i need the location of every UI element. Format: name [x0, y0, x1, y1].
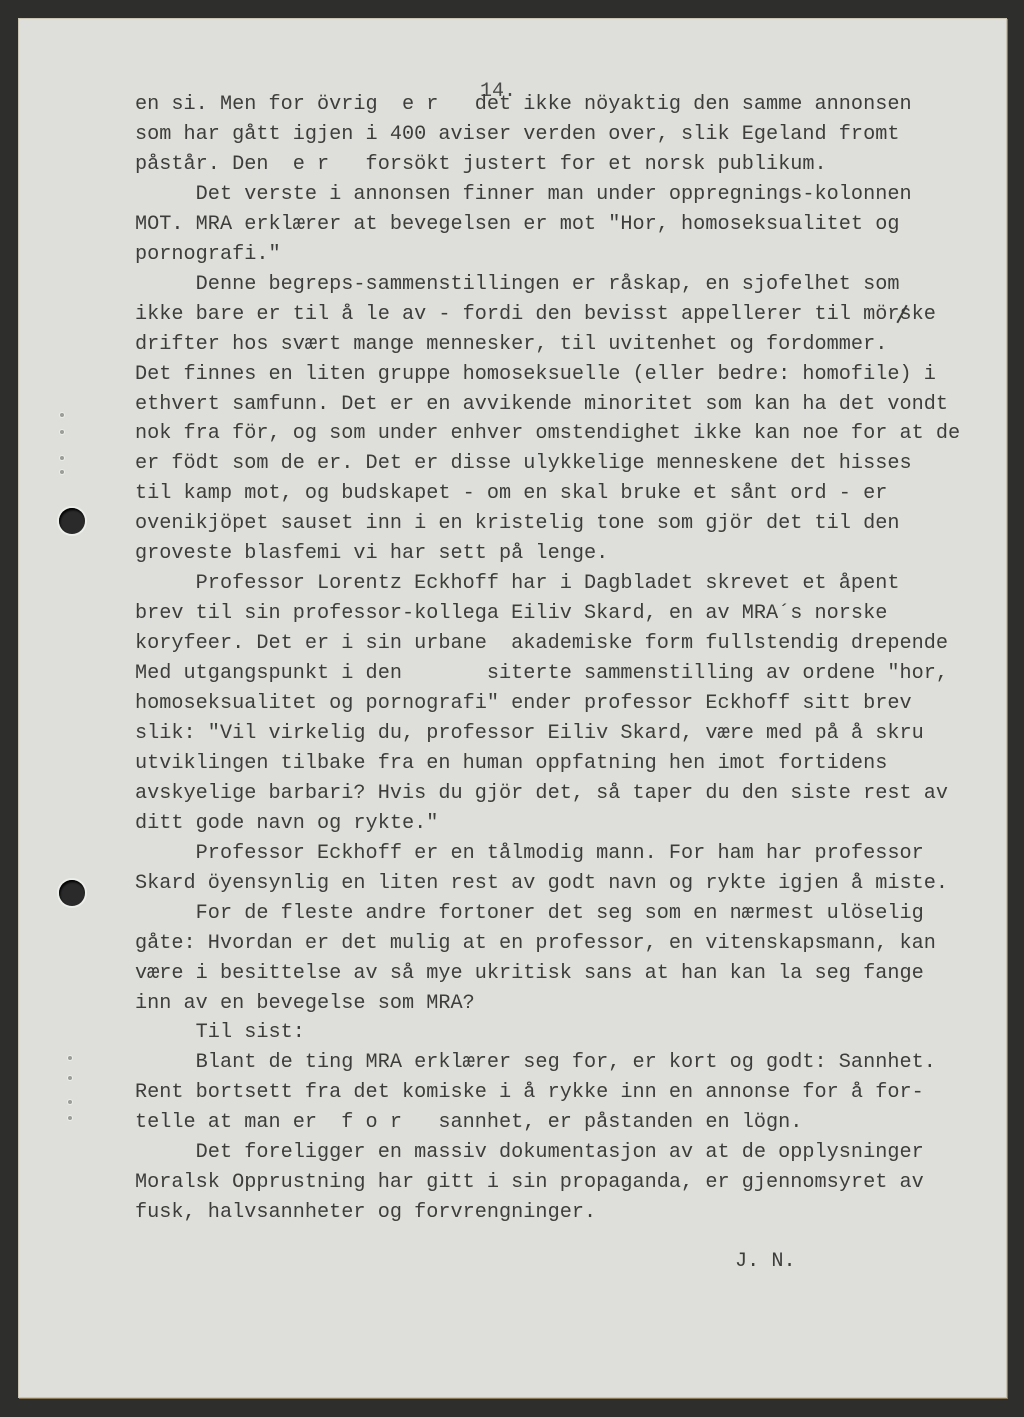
text-line: drifter hos svært mange mennesker, til u… [135, 333, 887, 357]
text-line: fusk, halvsannheter og forvrengninger. [135, 1201, 596, 1225]
text-line: en si. Men for övrig e r det ikke nöyakt… [135, 93, 912, 117]
text-line: gåte: Hvordan er det mulig at en profess… [135, 932, 936, 956]
staple-mark [68, 1076, 72, 1080]
text-line: Med utgangspunkt i den siterte sammensti… [135, 662, 948, 686]
staple-mark [60, 430, 64, 434]
text-line: utviklingen tilbake fra en human oppfatn… [135, 752, 887, 776]
text-line: Blant de ting MRA erklærer seg for, er k… [135, 1051, 936, 1075]
text-line: slik: "Vil virkelig du, professor Eiliv … [135, 722, 924, 746]
text-line: er födt som de er. Det er disse ulykkeli… [135, 452, 912, 476]
text-line: inn av en bevegelse som MRA? [135, 992, 475, 1016]
text-line: påstår. Den e r forsökt justert for et n… [135, 153, 827, 177]
text-line: Professor Eckhoff er en tålmodig mann. F… [135, 842, 924, 866]
staple-mark [68, 1100, 72, 1104]
struck-character: s [899, 303, 911, 326]
text-line: groveste blasfemi vi har sett på lenge. [135, 542, 608, 566]
text-line: ethvert samfunn. Det er en avvikende min… [135, 393, 948, 417]
text-line: avskyelige barbari? Hvis du gjör det, så… [135, 782, 948, 806]
text-line: Denne begreps-sammenstillingen er råskap… [135, 273, 899, 297]
text-line: være i besittelse av så mye ukritisk san… [135, 962, 924, 986]
text-line: Til sist: [135, 1021, 305, 1045]
text-line: Skard öyensynlig en liten rest av godt n… [135, 872, 948, 896]
text-line: som har gått igjen i 400 aviser verden o… [135, 123, 899, 147]
staple-mark [68, 1056, 72, 1060]
text-line: ditt gode navn og rykte." [135, 812, 438, 836]
staple-mark [60, 413, 64, 417]
text-line: For de fleste andre fortoner det seg som… [135, 902, 924, 926]
text-span: ikke bare er til å le av - fordi den bev… [135, 303, 899, 326]
punch-hole-bottom [59, 880, 85, 906]
punch-hole-top [59, 508, 85, 534]
signature: J. N. [735, 1250, 796, 1273]
text-line: MOT. MRA erklærer at bevegelsen er mot "… [135, 213, 899, 237]
text-line: koryfeer. Det er i sin urbane akademiske… [135, 632, 948, 656]
text-line: telle at man er f o r sannhet, er påstan… [135, 1111, 802, 1135]
text-line: Rent bortsett fra det komiske i å rykke … [135, 1081, 924, 1105]
text-line: til kamp mot, og budskapet - om en skal … [135, 482, 887, 506]
text-line: Det verste i annonsen finner man under o… [135, 183, 912, 207]
text-line: ovenikjöpet sauset inn i en kristelig to… [135, 512, 899, 536]
text-span: ke [912, 303, 936, 326]
text-line: ikke bare er til å le av - fordi den bev… [135, 303, 936, 327]
text-line: homoseksualitet og pornografi" ender pro… [135, 692, 912, 716]
staple-mark [60, 470, 64, 474]
text-line: Professor Lorentz Eckhoff har i Dagblade… [135, 572, 899, 596]
text-line: nok fra för, og som under enhver omstend… [135, 422, 960, 446]
staple-mark [68, 1116, 72, 1120]
text-line: brev til sin professor-kollega Eiliv Ska… [135, 602, 887, 626]
text-line: pornografi." [135, 243, 281, 267]
document-page: 14. en si. Men for övrig e r det ikke nö… [18, 18, 1007, 1398]
text-line: Det finnes en liten gruppe homoseksuelle… [135, 363, 936, 387]
text-line: Moralsk Opprustning har gitt i sin propa… [135, 1171, 924, 1195]
staple-mark [60, 456, 64, 460]
text-line: Det foreligger en massiv dokumentasjon a… [135, 1141, 924, 1165]
